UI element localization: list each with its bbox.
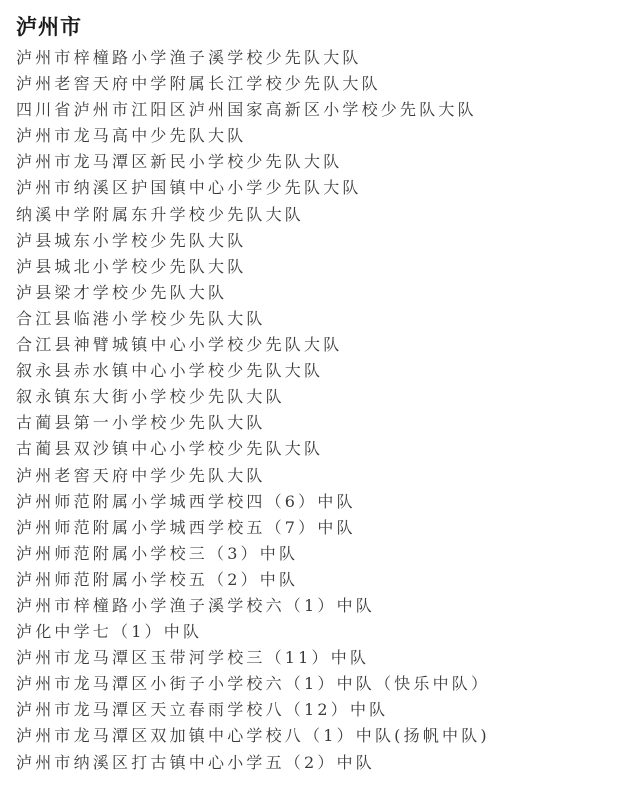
list-item: 泸州师范附属小学城西学校四（6）中队: [16, 489, 490, 515]
list-item: 叙永镇东大街小学校少先队大队: [16, 384, 490, 410]
honoree-list: 泸州市梓橦路小学渔子溪学校少先队大队 泸州老窖天府中学附属长江学校少先队大队 四…: [16, 45, 490, 776]
list-item: 四川省泸州市江阳区泸州国家高新区小学校少先队大队: [16, 97, 490, 123]
list-item: 泸州市龙马潭区玉带河学校三（11）中队: [16, 645, 490, 671]
list-item: 泸州师范附属小学城西学校五（7）中队: [16, 515, 490, 541]
section-title: 泸州市: [16, 14, 82, 40]
list-item: 纳溪中学附属东升学校少先队大队: [16, 202, 490, 228]
list-item: 泸州市龙马潭区小街子小学校六（1）中队（快乐中队）: [16, 671, 490, 697]
list-item: 泸州老窖天府中学附属长江学校少先队大队: [16, 71, 490, 97]
list-item: 泸州市龙马潭区天立春雨学校八（12）中队: [16, 697, 490, 723]
list-item: 泸县梁才学校少先队大队: [16, 280, 490, 306]
list-item: 泸县城北小学校少先队大队: [16, 254, 490, 280]
list-item: 泸州市梓橦路小学渔子溪学校少先队大队: [16, 45, 490, 71]
list-item: 泸化中学七（1）中队: [16, 619, 490, 645]
list-item: 泸县城东小学校少先队大队: [16, 228, 490, 254]
list-item: 古蔺县双沙镇中心小学校少先队大队: [16, 436, 490, 462]
list-item: 泸州师范附属小学校三（3）中队: [16, 541, 490, 567]
list-item: 泸州市龙马高中少先队大队: [16, 123, 490, 149]
list-item: 叙永县赤水镇中心小学校少先队大队: [16, 358, 490, 384]
list-item: 合江县临港小学校少先队大队: [16, 306, 490, 332]
list-item: 泸州市纳溪区打古镇中心小学五（2）中队: [16, 750, 490, 776]
list-item: 泸州市梓橦路小学渔子溪学校六（1）中队: [16, 593, 490, 619]
list-item: 泸州老窖天府中学少先队大队: [16, 463, 490, 489]
list-item: 古蔺县第一小学校少先队大队: [16, 410, 490, 436]
document-page: 泸州市 泸州市梓橦路小学渔子溪学校少先队大队 泸州老窖天府中学附属长江学校少先队…: [0, 0, 640, 801]
list-item: 泸州市龙马潭区新民小学校少先队大队: [16, 149, 490, 175]
list-item: 合江县神臂城镇中心小学校少先队大队: [16, 332, 490, 358]
list-item: 泸州市龙马潭区双加镇中心学校八（1）中队(扬帆中队): [16, 723, 490, 749]
list-item: 泸州师范附属小学校五（2）中队: [16, 567, 490, 593]
list-item: 泸州市纳溪区护国镇中心小学少先队大队: [16, 175, 490, 201]
